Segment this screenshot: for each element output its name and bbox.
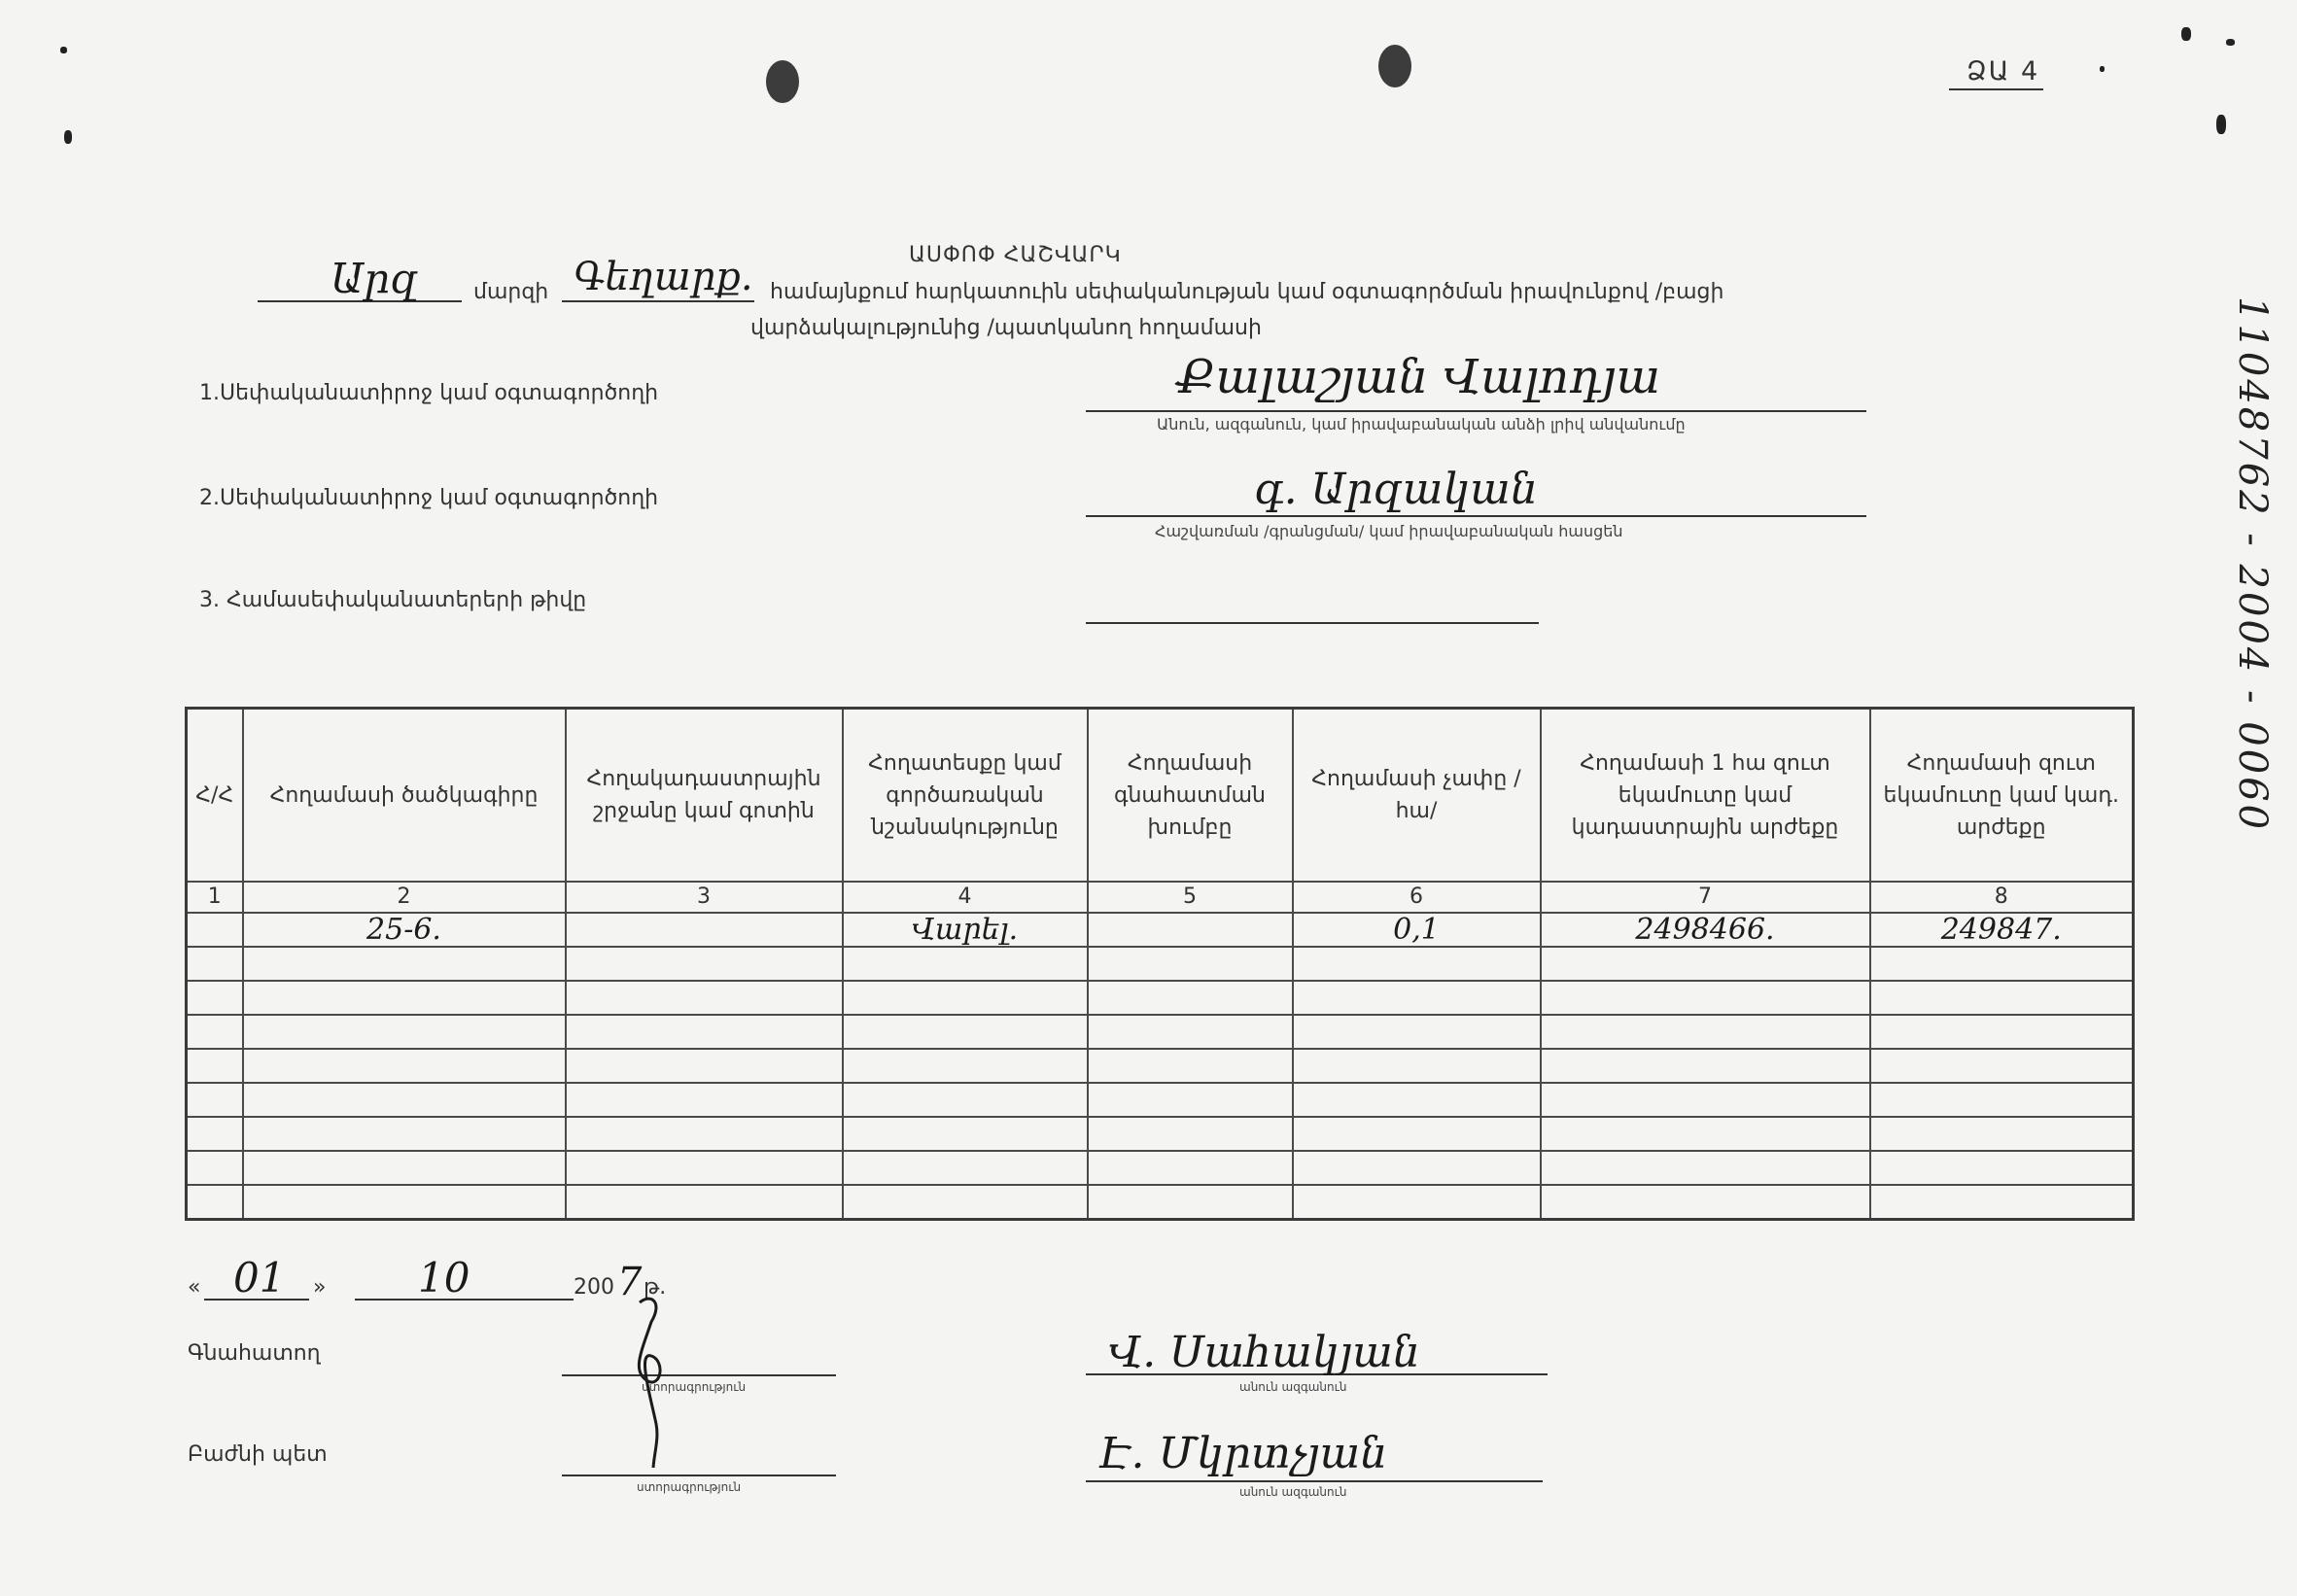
- department-head-signature-caption: ստորագրություն: [637, 1480, 741, 1494]
- cell-cadastral-zone: [566, 1015, 843, 1049]
- table-row: [187, 1117, 2134, 1151]
- cell-income-per-ha: [1541, 947, 1870, 981]
- department-head-name-line: [1086, 1480, 1543, 1482]
- cell-plot-code: [243, 981, 566, 1015]
- cell-land-type: Վարել.: [843, 913, 1088, 947]
- column-number: 1: [187, 882, 243, 913]
- col-header-valuation-group: Հողամասի գնահատման խումբը: [1088, 709, 1293, 883]
- col-header-plot-code: Հողամասի ծածկագիրը: [243, 709, 566, 883]
- marz-handwritten: Գեղարք.: [574, 255, 753, 299]
- cell-cadastral-zone: [566, 947, 843, 981]
- date-close-quote: »: [313, 1275, 326, 1300]
- table-row: [187, 1015, 2134, 1049]
- scan-speck: [2226, 39, 2235, 46]
- cell-area: [1293, 1151, 1541, 1185]
- cell-area: [1293, 1083, 1541, 1117]
- column-number: 2: [243, 882, 566, 913]
- table-row: [187, 981, 2134, 1015]
- cell-income-per-ha: [1541, 1117, 1870, 1151]
- cell-area: [1293, 981, 1541, 1015]
- cell-index: [187, 981, 243, 1015]
- cell-total-income: [1870, 947, 2134, 981]
- cell-land-type: [843, 1049, 1088, 1083]
- date-year-prefix: 200: [574, 1275, 614, 1300]
- cell-cadastral-zone: [566, 1185, 843, 1220]
- cell-income-per-ha: [1541, 1083, 1870, 1117]
- column-number: 3: [566, 882, 843, 913]
- owner-address-label: 2.Սեփականատիրոջ կամ օգտագործողի: [199, 486, 658, 510]
- cell-income-per-ha: [1541, 1015, 1870, 1049]
- marz-underline: [562, 300, 754, 302]
- col-header-total-income: Հողամասի զուտ եկամուտը կամ կադ. արժեքը: [1870, 709, 2134, 883]
- cell-land-type: [843, 947, 1088, 981]
- cell-income-per-ha: [1541, 1049, 1870, 1083]
- table-row: [187, 1083, 2134, 1117]
- cell-area: [1293, 1117, 1541, 1151]
- land-plot-table: Հ/Հ Հողամասի ծածկագիրը Հողակադաստրային շ…: [185, 707, 2135, 1221]
- scan-speck: [2181, 27, 2191, 41]
- date-open-quote: «: [188, 1275, 200, 1300]
- column-number-row: 1 2 3 4 5 6 7 8: [187, 882, 2134, 913]
- cell-total-income: [1870, 1185, 2134, 1220]
- cell-plot-code: [243, 947, 566, 981]
- col-header-land-type: Հողատեսքը կամ գործառական նշանակությունը: [843, 709, 1088, 883]
- document-title: ԱՍՓՈՓ ՀԱՇՎԱՐԿ: [909, 243, 1122, 267]
- scan-speck: [2216, 115, 2226, 134]
- cell-plot-code: 25-6.: [243, 913, 566, 947]
- cell-land-type: [843, 1185, 1088, 1220]
- date-month: 10: [418, 1254, 470, 1301]
- column-number: 8: [1870, 882, 2134, 913]
- cell-income-per-ha: [1541, 1151, 1870, 1185]
- table-row: [187, 947, 2134, 981]
- table-row: [187, 1049, 2134, 1083]
- owner-name-label: 1.Սեփականատիրոջ կամ օգտագործողի: [199, 381, 658, 405]
- cell-total-income: [1870, 1151, 2134, 1185]
- cell-index: [187, 1151, 243, 1185]
- owner-name-caption: Անուն, ազգանուն, կամ իրավաբանական անձի լ…: [1157, 415, 1686, 434]
- table-row: [187, 1151, 2134, 1185]
- page-number: ՁԱ 4: [1949, 56, 2043, 90]
- scan-speck: [60, 47, 67, 53]
- cell-index: [187, 1117, 243, 1151]
- cell-index: [187, 1015, 243, 1049]
- owner-address-caption: Հաշվառման /գրանցման/ կամ իրավաբանական հա…: [1155, 522, 1623, 540]
- cell-plot-code: [243, 1151, 566, 1185]
- cell-income-per-ha: 2498466.: [1541, 913, 1870, 947]
- scan-speck: [2100, 66, 2105, 72]
- cell-land-type: [843, 1015, 1088, 1049]
- col-header-area: Հողամասի չափը /հա/: [1293, 709, 1541, 883]
- owner-address-line: [1086, 515, 1866, 517]
- co-owners-count-line: [1086, 622, 1539, 624]
- cell-index: [187, 1185, 243, 1220]
- column-number: 5: [1088, 882, 1293, 913]
- appraiser-name-caption: անուն ազգանուն: [1239, 1380, 1346, 1394]
- cell-cadastral-zone: [566, 913, 843, 947]
- cell-plot-code: [243, 1117, 566, 1151]
- cell-plot-code: [243, 1083, 566, 1117]
- subtitle-line1: համայնքում հարկատուին սեփականության կամ …: [770, 280, 1723, 304]
- cell-land-type: [843, 1151, 1088, 1185]
- cell-total-income: [1870, 1015, 2134, 1049]
- cell-income-per-ha: [1541, 981, 1870, 1015]
- col-header-income-per-ha: Հողամասի 1 հա զուտ եկամուտը կամ կադաստրա…: [1541, 709, 1870, 883]
- side-registry-code: 11048762 - 2004 - 0060: [2230, 296, 2275, 832]
- cell-plot-code: [243, 1049, 566, 1083]
- table-header-row: Հ/Հ Հողամասի ծածկագիրը Հողակադաստրային շ…: [187, 709, 2134, 883]
- appraiser-signature-scribble: [622, 1293, 700, 1487]
- cell-valuation-group: [1088, 1083, 1293, 1117]
- cell-area: 0,1: [1293, 913, 1541, 947]
- cell-valuation-group: [1088, 1151, 1293, 1185]
- cell-cadastral-zone: [566, 1117, 843, 1151]
- col-header-cadastral-zone: Հողակադաստրային շրջանը կամ գոտին: [566, 709, 843, 883]
- appraiser-label: Գնահատող: [188, 1341, 321, 1366]
- cell-land-type: [843, 981, 1088, 1015]
- cell-index: [187, 1049, 243, 1083]
- cell-cadastral-zone: [566, 981, 843, 1015]
- co-owners-count-label: 3. Համասեփականատերերի թիվը: [199, 588, 586, 612]
- cell-valuation-group: [1088, 1117, 1293, 1151]
- cell-valuation-group: [1088, 981, 1293, 1015]
- owner-address-value: գ. Արզական: [1254, 465, 1538, 514]
- cell-cadastral-zone: [566, 1049, 843, 1083]
- cell-income-per-ha: [1541, 1185, 1870, 1220]
- department-head-name-caption: անուն ազգանուն: [1239, 1485, 1346, 1499]
- cell-valuation-group: [1088, 947, 1293, 981]
- cell-valuation-group: [1088, 1015, 1293, 1049]
- scan-speck: [64, 130, 72, 144]
- appraiser-name-handwritten: Վ. Սահակյան: [1108, 1328, 1420, 1377]
- column-number: 7: [1541, 882, 1870, 913]
- cell-index: [187, 1083, 243, 1117]
- cell-area: [1293, 1185, 1541, 1220]
- marz-label: մարզի: [473, 280, 548, 304]
- cell-valuation-group: [1088, 1049, 1293, 1083]
- column-number: 6: [1293, 882, 1541, 913]
- cell-area: [1293, 1015, 1541, 1049]
- cell-total-income: [1870, 1049, 2134, 1083]
- cell-land-type: [843, 1117, 1088, 1151]
- cell-total-income: 249847.: [1870, 913, 2134, 947]
- table-row: 25-6.Վարել.0,12498466.249847.: [187, 913, 2134, 947]
- cell-total-income: [1870, 1083, 2134, 1117]
- punch-hole-left: [766, 60, 799, 103]
- cell-area: [1293, 1049, 1541, 1083]
- cell-plot-code: [243, 1185, 566, 1220]
- department-head-label: Բաժնի պետ: [188, 1442, 328, 1467]
- department-head-name-handwritten: Է. Մկրտչյան: [1098, 1429, 1387, 1478]
- cell-plot-code: [243, 1015, 566, 1049]
- cell-cadastral-zone: [566, 1151, 843, 1185]
- cell-cadastral-zone: [566, 1083, 843, 1117]
- table-body: 25-6.Վարել.0,12498466.249847.: [187, 913, 2134, 1220]
- community-handwritten: Արզ: [331, 255, 418, 302]
- table-row: [187, 1185, 2134, 1220]
- cell-valuation-group: [1088, 913, 1293, 947]
- cell-valuation-group: [1088, 1185, 1293, 1220]
- subtitle-line2: վարձակալությունից /պատկանող հողամասի: [750, 316, 1262, 340]
- punch-hole-right: [1378, 45, 1411, 87]
- cell-area: [1293, 947, 1541, 981]
- owner-name-value: Քալաշյան Վալոդյա: [1176, 350, 1660, 404]
- owner-name-line: [1086, 410, 1866, 412]
- date-day: 01: [233, 1254, 285, 1301]
- cell-index: [187, 913, 243, 947]
- column-number: 4: [843, 882, 1088, 913]
- cell-land-type: [843, 1083, 1088, 1117]
- cell-total-income: [1870, 981, 2134, 1015]
- department-head-signature-line: [562, 1475, 836, 1476]
- cell-index: [187, 947, 243, 981]
- cell-total-income: [1870, 1117, 2134, 1151]
- col-header-index: Հ/Հ: [187, 709, 243, 883]
